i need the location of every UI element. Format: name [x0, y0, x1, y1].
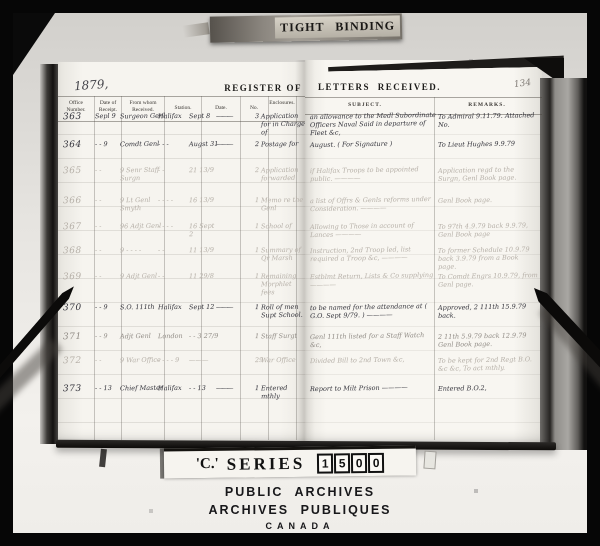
- cell-subject: Estblmt Return, Lists & Co supplying ———…: [310, 271, 436, 289]
- cell-recd: - - 13: [95, 384, 121, 393]
- cell-date: Sept 12: [189, 303, 219, 312]
- cell-subject-start: Entered mthly: [261, 384, 307, 401]
- cell-no: 364: [63, 140, 93, 152]
- book-left-spine: [40, 64, 60, 444]
- plaque-label-area: TIGHT BINDING: [275, 15, 400, 38]
- cell-remarks: Entered B.O.2,: [438, 383, 538, 393]
- col-header-enclosures: Enclosures.: [269, 100, 295, 107]
- cell-blank: [216, 246, 252, 247]
- cell-no: 370: [63, 303, 93, 315]
- cell-blank: ———: [216, 112, 252, 121]
- cell-date: 21 13/9: [189, 166, 219, 175]
- public-archives-label: PUBLIC ARCHIVES: [150, 485, 450, 499]
- cell-blank: [216, 166, 252, 167]
- paper-fragment: [423, 451, 436, 470]
- series-digit: 1: [317, 453, 333, 473]
- cell-remarks: To be kept for 2nd Regt B.O. &c &c, To a…: [438, 355, 538, 373]
- cell-remarks: 2 11th 5.9.79 back 12.9.79 Genl Book pag…: [438, 331, 538, 349]
- cell-no: 368: [63, 246, 93, 258]
- cell-remarks: To 97th 4.9.79 back 9.9.79, Genl Book pa…: [438, 221, 538, 239]
- cell-date: - - 3 27/9: [189, 332, 219, 341]
- cell-blank: [216, 272, 252, 273]
- cell-recd: - - 9: [95, 332, 121, 341]
- cell-subject: to be named for the attendance at ( G.O.…: [310, 302, 436, 320]
- cell-subject-start: Application for in Charge of: [261, 112, 307, 137]
- cell-blank: [216, 196, 252, 197]
- register-row: 369- -9 Adjt Genl- -11 29/81Remaining Mo…: [58, 272, 540, 302]
- cell-station: London: [158, 332, 192, 341]
- cell-subject-start: War Office: [261, 356, 307, 365]
- cell-subject: Genl 111th listed for a Staff Watch &c,: [310, 331, 436, 349]
- cell-subject: Allowing to Those in account of Lances —…: [310, 221, 436, 239]
- series-word: SERIES: [227, 453, 306, 474]
- cell-station: - - - - 9: [158, 356, 192, 365]
- cell-subject-start: Roll of men Supt School.: [261, 303, 307, 320]
- cell-blank: ———: [216, 384, 252, 393]
- archives-publiques-label: ARCHIVES PUBLIQUES: [150, 503, 450, 517]
- handwritten-year: 1879,: [74, 77, 109, 93]
- register-row: 365- -9 Senr Staff Surgn- -21 13/92Appli…: [58, 166, 540, 196]
- cell-station: - -: [158, 166, 192, 175]
- tight-binding-label: TIGHT BINDING: [280, 18, 395, 35]
- cell-subject: an allowance to the Medl Subordinate Off…: [310, 111, 436, 138]
- cell-subject-start: Summary of Qr Marsh: [261, 246, 307, 263]
- right-header-rule-top: [305, 97, 542, 98]
- cell-date: Sept 8: [189, 112, 219, 121]
- cell-remarks: To Admiral 9.11.79. Attached No.: [438, 111, 538, 129]
- cell-recd: - -: [95, 246, 121, 255]
- cell-no: 367: [63, 222, 93, 234]
- microfilm-frame: TIGHT BINDING 1879, REGISTER OF LETTERS …: [0, 0, 600, 546]
- cell-station: - - - -: [158, 196, 192, 205]
- cell-blank: [216, 356, 252, 357]
- series-digit: 0: [351, 453, 367, 473]
- col-header-date: Date.: [203, 105, 239, 112]
- cell-date: 11 13/9: [189, 246, 219, 255]
- series-number-boxes: 1 5 0 0: [317, 452, 384, 473]
- cell-blank: ———: [216, 303, 252, 312]
- register-row: 373- - 13Chief MasterHalifax- - 13———1En…: [58, 384, 540, 414]
- series-prefix: 'C.': [196, 456, 219, 473]
- cell-no: 366: [63, 196, 93, 208]
- cell-date: 16 13/9: [189, 196, 219, 205]
- cell-subject: August. ( For Signature ): [310, 139, 436, 149]
- register-row: 363Sepl 9Surgeon GenlHalifaxSept 8———3Ap…: [58, 112, 540, 142]
- tight-binding-plaque: TIGHT BINDING: [210, 13, 402, 42]
- cell-subject-start: School of: [261, 222, 307, 231]
- cell-subject: a list of Offrs & Genls reforms under Co…: [310, 195, 436, 213]
- cell-date: ———: [189, 356, 219, 365]
- cell-no: 373: [63, 384, 93, 396]
- book-right-edge-stand: [540, 78, 587, 450]
- col-header-subject: SUBJECT.: [320, 102, 410, 109]
- cell-no: 363: [63, 112, 93, 124]
- series-digit: 0: [368, 452, 384, 472]
- cell-subject-start: Memo re the Genl: [261, 196, 307, 213]
- cell-recd: - -: [95, 166, 121, 175]
- cell-no: 372: [63, 356, 93, 368]
- canada-label: CANADA: [150, 521, 450, 531]
- cell-station: - - -: [158, 140, 192, 149]
- series-digit: 5: [334, 453, 350, 473]
- cell-no: 371: [63, 332, 93, 344]
- cell-no: 365: [63, 166, 93, 178]
- series-label-strip: 'C.' SERIES 1 5 0 0: [164, 445, 416, 478]
- cell-recd: - -: [95, 356, 121, 365]
- cell-date: 16 Sept 2: [189, 222, 219, 239]
- cell-date: - - 13: [189, 384, 219, 393]
- cell-subject: if Halifax Troops to be appointed public…: [310, 165, 436, 183]
- cell-station: Halifax: [158, 384, 192, 393]
- cell-subject: Instruction, 2nd Troop led, list require…: [310, 245, 436, 263]
- cell-subject-start: Remaining Morphlet fees: [261, 272, 307, 297]
- cell-subject-start: Postage for: [261, 140, 307, 149]
- cell-remarks: Genl Book page.: [438, 195, 538, 205]
- col-header-remarks: REMARKS.: [452, 102, 522, 109]
- cell-blank: ———: [216, 140, 252, 149]
- cell-date: Augst 31: [189, 140, 219, 149]
- film-speckles: [0, 0, 2, 2]
- cell-no: 369: [63, 272, 93, 284]
- cell-station: Halifax: [158, 112, 192, 121]
- cell-remarks: To Comdt Engrs 10.9.79, from Genl page.: [438, 271, 538, 289]
- cell-blank: [216, 332, 252, 333]
- cell-recd: - - 9: [95, 303, 121, 312]
- cell-station: Halifax: [158, 303, 192, 312]
- cell-remarks: To former Schedule 10.9.79 back 3.9.79 f…: [438, 245, 538, 271]
- cell-subject: Divided Bill to 2nd Town &c,: [310, 355, 436, 365]
- cell-date: 11 29/8: [189, 272, 219, 281]
- cell-remarks: Application regd to the Surgn, Genl Book…: [438, 165, 538, 183]
- cell-blank: [216, 222, 252, 223]
- cell-recd: - -: [95, 196, 121, 205]
- cell-station: - -: [158, 246, 192, 255]
- letters-received-title: LETTERS RECEIVED.: [318, 82, 441, 92]
- cell-recd: - - 9: [95, 140, 121, 149]
- register-row: 370- - 9S.O. 111thHalifaxSept 12———1Roll…: [58, 303, 540, 333]
- cell-station: - - - -: [158, 222, 192, 231]
- cell-recd: - -: [95, 222, 121, 231]
- cell-recd: - -: [95, 272, 121, 281]
- cell-subject: Report to Milt Prison ————: [310, 383, 436, 393]
- cell-recd: Sepl 9: [95, 112, 121, 121]
- register-of-title: REGISTER OF: [200, 83, 302, 93]
- cell-subject-start: Application forwarded: [261, 166, 307, 183]
- cell-remarks: Approved, 2 111th 15.9.79 back.: [438, 302, 538, 320]
- cell-remarks: To Lieut Hughes 9.9.79: [438, 139, 538, 149]
- cell-station: - -: [158, 272, 192, 281]
- register-row: 372- -9 War Office- - - - 9———29War Offi…: [58, 356, 540, 386]
- cell-subject-start: Staff Surgt: [261, 332, 307, 341]
